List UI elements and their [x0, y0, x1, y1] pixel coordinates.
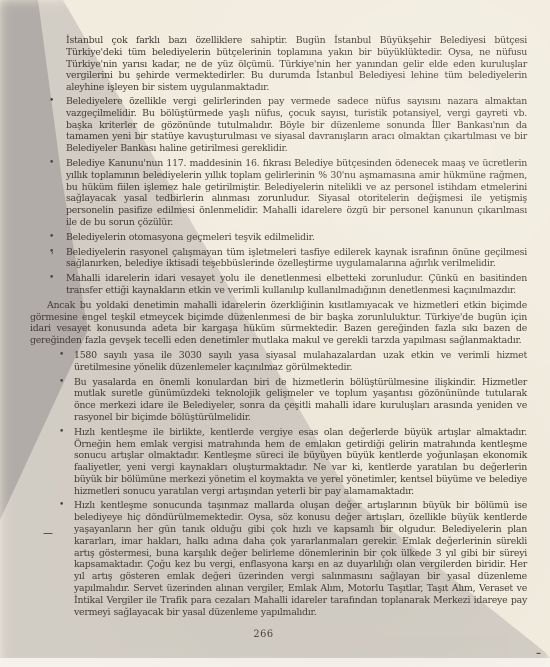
paragraph-text: Belediyelerin otomasyona geçmeleri teşvi… [66, 232, 527, 244]
paragraph-text: Mahalli idarelerin idari vesayet yolu il… [66, 273, 527, 297]
page-body: İstanbul çok farklı bazı özelliklere sah… [0, 35, 550, 621]
page-number: 266 [0, 629, 527, 640]
paragraph-text: 1580 sayılı yasa ile 3030 sayılı yasa si… [74, 350, 527, 374]
stray-scan-mark: – [536, 648, 541, 659]
paragraph-ancak: Ancak bu yoldaki denetimin mahalli idare… [30, 300, 527, 347]
paragraph-text: Hızlı kentleşme sonucunda taşınmaz malla… [74, 500, 527, 618]
bullet-item: • Belediyelerin otomasyona geçmeleri teş… [66, 232, 527, 244]
bullet-icon: • [59, 350, 71, 362]
bullet-item: • Belediyelere özellikle vergi gelirleri… [66, 96, 527, 155]
paragraph-text: Hızlı kentleşme ile birlikte, kentlerde … [74, 427, 527, 498]
paragraph-text: Belediyelerin rasyonel çalışmayan tüm iş… [66, 247, 527, 271]
paragraph-text: Belediyelere özellikle vergi gelirlerind… [66, 96, 527, 155]
stray-ink-mark: , [51, 246, 54, 256]
bullet-item: • Hızlı kentleşme ile birlikte, kentlerd… [74, 427, 527, 498]
bullet-item: • Belediye Kanunu'nun 117. maddesinin 16… [66, 158, 527, 229]
bullet-item: • 1580 sayılı yasa ile 3030 sayılı yasa … [74, 350, 527, 374]
paragraph-text: Belediye Kanunu'nun 117. maddesinin 16. … [66, 158, 527, 229]
paragraph-istanbul: İstanbul çok farklı bazı özelliklere sah… [66, 35, 527, 94]
bullet-icon: • [49, 232, 61, 244]
bullet-item: • Bu yasalarda en önemli konulardan biri… [74, 377, 527, 424]
bullet-item: • Hızlı kentleşme sonucunda taşınmaz mal… [74, 500, 527, 618]
bullet-icon: • [49, 96, 61, 108]
bullet-item: • Belediyelerin rasyonel çalışmayan tüm … [66, 247, 527, 271]
bullet-icon: • [49, 158, 61, 170]
scan-edge-strip [0, 658, 550, 667]
bullet-icon: • [59, 377, 71, 389]
paragraph-text: Bu yasalarda en önemli konulardan biri d… [74, 377, 527, 424]
bullet-icon: • [59, 427, 71, 439]
bullet-icon: • [59, 500, 71, 512]
bullet-item: • Mahalli idarelerin idari vesayet yolu … [66, 273, 527, 297]
scanned-document-page: İstanbul çok farklı bazı özelliklere sah… [0, 0, 550, 667]
stray-pen-dash: — [43, 530, 53, 538]
bullet-icon: • [49, 273, 61, 285]
